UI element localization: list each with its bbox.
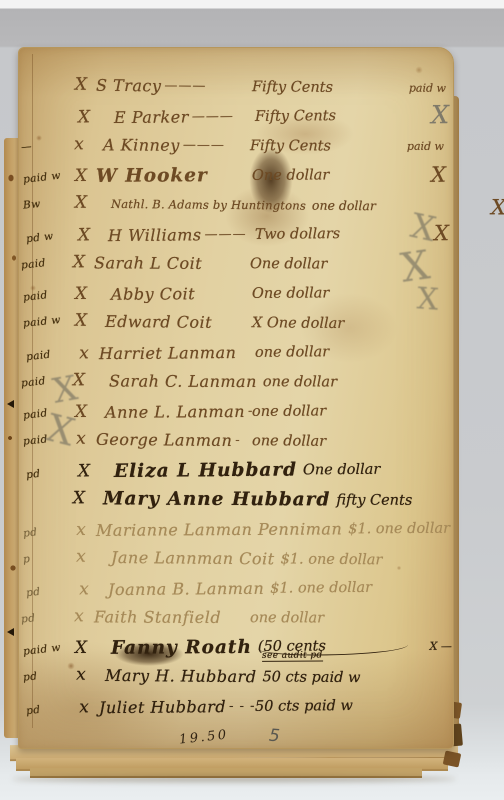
amount: Two dollars [255,225,405,242]
subscriber-name: Harriet Lanman [99,343,237,363]
margin-annotation: pd [21,609,70,626]
margin-annotation: paid w [22,640,71,657]
ledger-page: XS Tracy———Fifty Centspaid wXE Parker———… [18,47,454,749]
amount: 50 cts paid w [262,669,412,686]
check-mark: X [69,255,89,272]
suffix-mark: paid w [402,82,447,95]
margin-annotation: paid [21,255,70,272]
torn-edge-3 [443,750,462,767]
amount: (50 centssee audit pd [258,638,408,656]
ledger-row: paid wXW HookerOne dollarX [23,159,447,191]
check-mark: X [71,77,91,94]
amount: One dollar [252,284,402,301]
subscriber-name: Mary Anne Hubbard [103,489,330,511]
total-amount: 19.50 [178,727,229,747]
page-footer: 19.50 5 [179,726,280,746]
amount: Fifty Cents [252,79,402,96]
pencil-x-icon: X [416,281,440,317]
ledger-row: pdxMarianne Lanman Penniman$1. one dolla… [23,513,447,545]
subscriber-name: S Tracy [96,76,162,96]
margin-annotation: pd [25,463,74,480]
check-mark: x [71,549,91,566]
ledger-row: paidXAbby CoitOne dollar [23,277,447,309]
check-mark: x [74,699,94,716]
amount: $1. one dollar [348,520,498,537]
check-mark: X [71,313,91,330]
ledger-row: pdxMary H. Hubbard50 cts paid w [23,660,447,693]
margin-annotation: pd [22,522,71,539]
amount: fifty Cents [336,492,486,509]
amount: One dollar [303,460,453,477]
ledger-row: pdxFaith Stanfieldone dollar [21,602,445,633]
margin-annotation: p [23,549,72,566]
audit-note: see audit pd [262,650,323,661]
margin-annotation: paid [25,345,74,362]
leader-line: ——— [202,227,256,242]
check-mark: X [71,195,91,212]
amount: one dollar [263,374,413,391]
ledger-row: BwXNathl. B. Adams by Huntingtonsone dol… [23,188,447,221]
margin-annotation: — [21,137,70,154]
leader-line: - - - - [226,699,255,714]
check-mark: X [69,491,89,508]
subscriber-name: Anne L. Lanman [105,402,245,422]
photo-backdrop: XS Tracy———Fifty Centspaid wXE Parker———… [0,0,504,800]
check-mark: x [71,667,91,684]
amount: Fifty Cents [250,138,400,155]
subscriber-name: Juliet Hubbard [99,697,226,717]
subscriber-name: Sarah L Coit [94,254,202,273]
amount: one dollar [252,402,402,419]
margin-annotation [26,115,74,120]
check-mark: x [74,581,94,598]
margin-annotation: pd w [25,227,74,244]
page-number: 5 [268,726,280,747]
suffix-mark: X — [408,639,453,652]
ledger-row: pdxJoanna B. Lanman$1. one dollar [26,572,450,605]
amount: $1. one dollar [270,579,420,596]
check-mark: x [69,137,89,154]
margin-tick-2 [7,628,14,636]
check-mark: X [74,463,94,480]
margin-annotation: pd [23,667,72,684]
check-mark: x [71,522,91,539]
leader-line: ——— [180,138,250,153]
ledger-row: XE Parker———Fifty CentsX [26,100,450,133]
margin-annotation: Bw [23,195,72,212]
subscriber-name: Abby Coit [111,284,195,304]
check-mark: X [74,109,94,126]
amount: 50 cts paid w [255,697,405,714]
amount: one dollar [255,343,405,360]
margin-annotation: pd [25,581,74,598]
subscriber-name: Mary H. Hubbard [105,666,257,686]
amount: One dollar [252,166,402,183]
subscriber-name: Edward Coit [105,312,212,332]
amount: X One dollar [252,315,402,332]
book-shadow [12,776,456,782]
margin-annotation: paid [22,286,71,303]
ledger-row: pdxJuliet Hubbard- - - -50 cts paid w [26,690,450,723]
amount: one dollar [250,610,400,627]
ledger-row: paidxHarriet Lanmanone dollar [26,336,450,369]
amount: one dollar [252,433,402,450]
subscriber-name: Fanny Roath [111,637,252,659]
margin-annotation [21,497,69,502]
subscriber-name: Faith Stanfield [94,608,221,628]
subscriber-name: Joanna B. Lanman [108,578,264,598]
ledger-row: pxJane Lannman Coit$1. one dollar [23,542,447,575]
subscriber-name: H Williams [108,225,202,245]
ledger-row: XMary Anne Hubbardfifty Cents [21,484,445,515]
leader-line: ——— [189,109,255,125]
ledger-row: paidXSarah L CoitOne dollar [21,248,445,279]
check-mark: X [74,227,94,244]
leader-line: - [232,433,252,448]
pencil-x-icon: X [42,405,79,454]
check-mark: X [71,286,91,303]
ledger-row: XS Tracy———Fifty Centspaid w [23,70,447,103]
subscriber-name: George Lanman [96,430,232,450]
ledger-row: paid wXFanny Roath(50 centssee audit pdX… [23,631,447,663]
amount: One dollar [250,256,400,273]
check-mark: x [69,609,89,626]
check-mark: X [71,640,91,657]
subscriber-name: Eliza L Hubbard [114,459,297,482]
subscriber-name: Sarah C. Lanman [109,372,257,392]
subscriber-name: W Hooker [96,165,208,187]
pencil-scribble-right: X X X [401,208,471,328]
check-mark: x [74,345,94,362]
suffix-mark: paid w [400,140,445,153]
margin-annotation [23,83,71,88]
ledger-row: paid wXEdward CoitX One dollar [23,306,447,339]
check-mark: X [71,168,91,185]
amount: $1. one dollar [281,551,431,568]
subscriber-name: Nathl. B. Adams by Huntingtons [111,197,306,213]
margin-annotation: paid w [23,313,72,330]
amount: Fifty Cents [255,107,405,124]
margin-tick-1 [7,400,14,408]
pencil-scribble-left: X X [45,370,105,460]
margin-annotation: pd [25,699,74,716]
ledger-row: pd wXH Williams———Two dollarsX [26,218,450,251]
subscriber-name: Marianne Lanman Penniman [96,519,342,540]
subscriber-name: Jane Lannman Coit [111,548,275,568]
ledger-row: —xA Kinney———Fifty Centspaid w [21,130,445,161]
leader-line: ——— [161,79,252,95]
margin-annotation: paid w [22,168,71,185]
subscriber-name: E Parker [114,107,189,127]
subscriber-name: A Kinney [103,136,180,155]
